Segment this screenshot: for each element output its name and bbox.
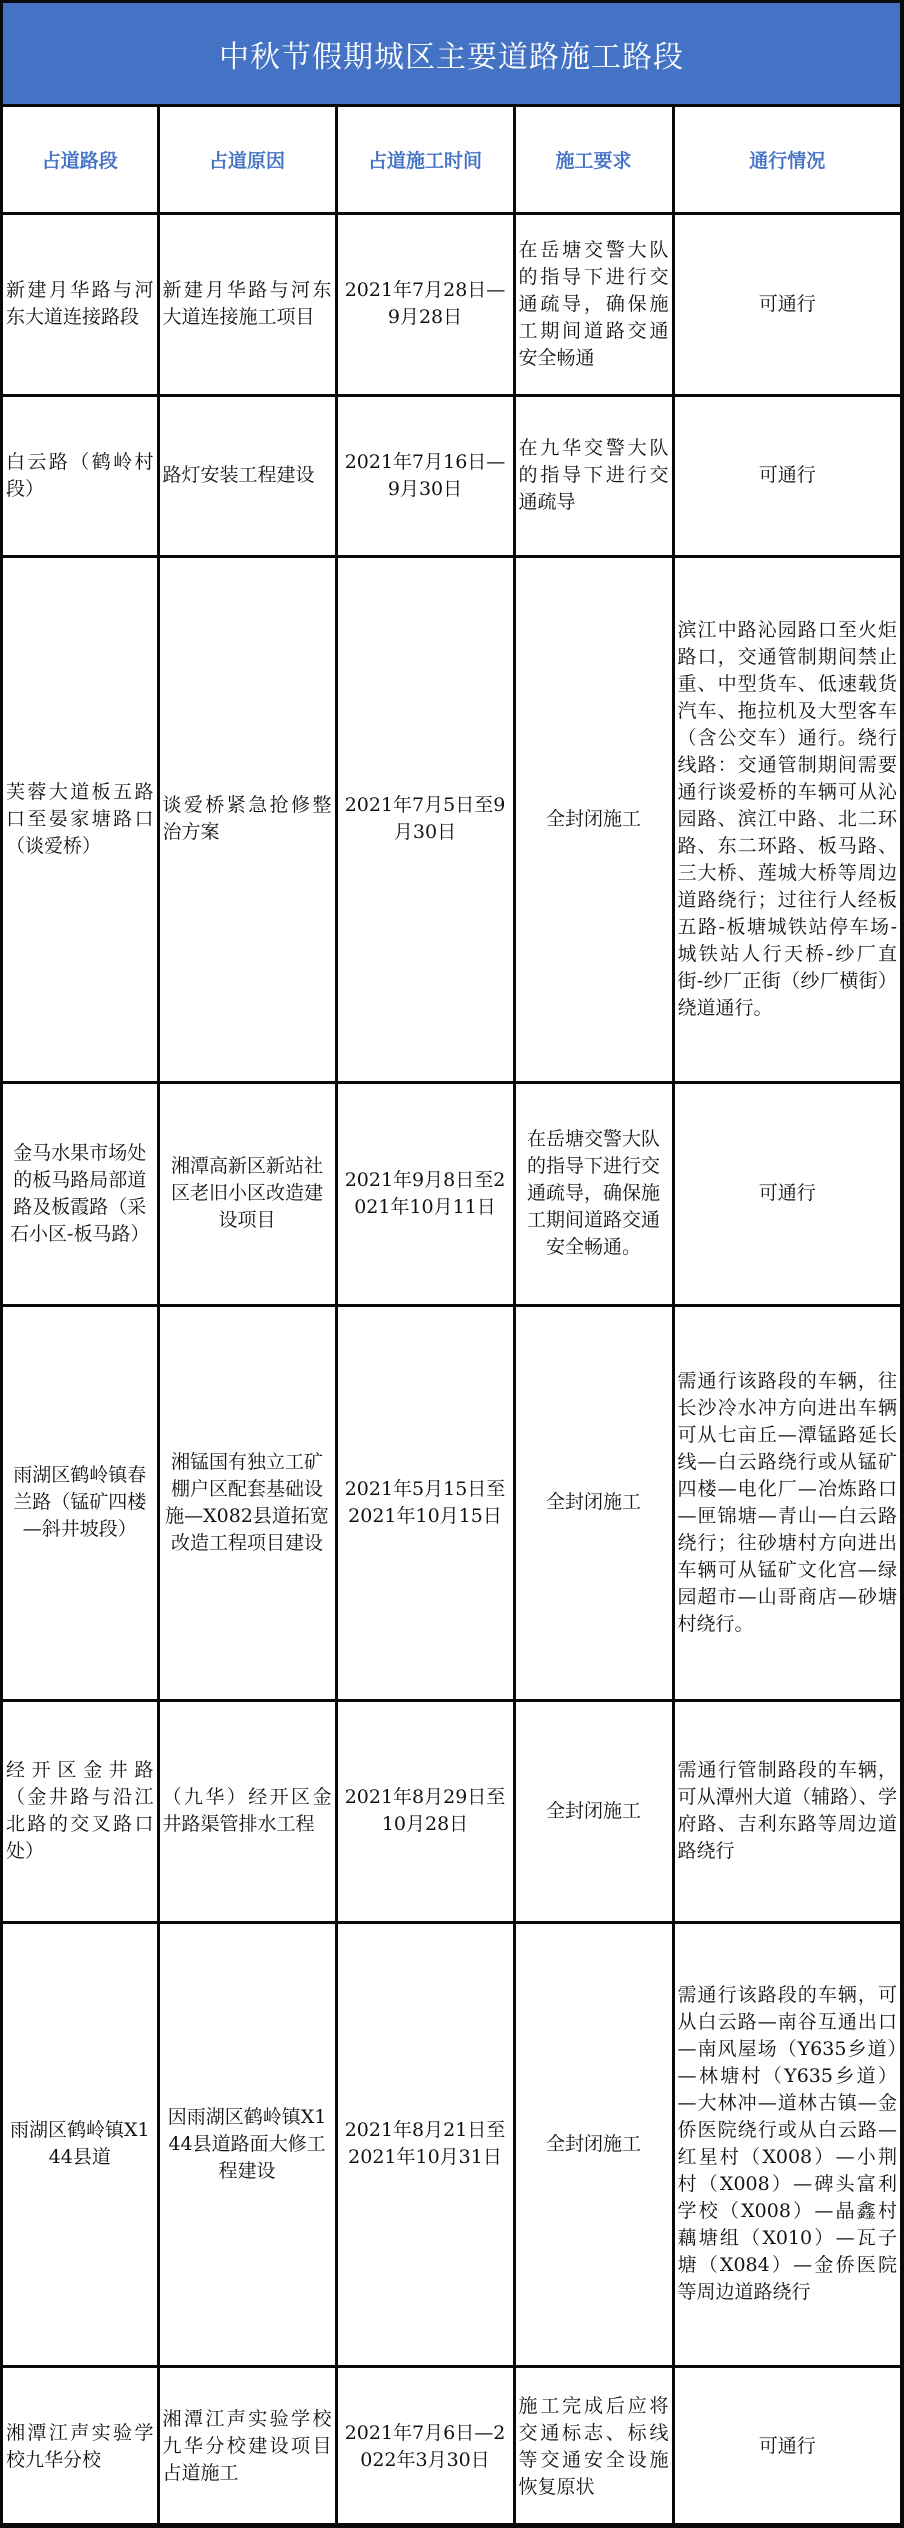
column-header-reason: 占道原因 <box>158 107 336 213</box>
cell-requirement: 全封闭施工 <box>514 556 673 1082</box>
cell-requirement: 在九华交警大队的指导下进行交通疏导 <box>514 395 673 556</box>
cell-reason: 新建月华路与河东大道连接施工项目 <box>158 213 336 395</box>
cell-road: 新建月华路与河东大道连接路段 <box>3 213 158 395</box>
cell-time: 2021年5月15日至2021年10月15日 <box>336 1305 514 1700</box>
cell-road: 湘潭江声实验学校九华分校 <box>3 2366 158 2526</box>
table-row: 湘潭江声实验学校九华分校 湘潭江声实验学校九华分校建设项目占道施工 2021年7… <box>3 2366 900 2526</box>
cell-status: 滨江中路沁园路口至火炬路口，交通管制期间禁止重、中型货车、低速载货汽车、拖拉机及… <box>673 556 900 1082</box>
cell-road: 雨湖区鹤岭镇X144县道 <box>3 1922 158 2366</box>
cell-road: 经开区金井路（金井路与沿江北路的交叉路口处） <box>3 1700 158 1922</box>
table-row: 白云路（鹤岭村段） 路灯安装工程建设 2021年7月16日—9月30日 在九华交… <box>3 395 900 556</box>
table-row: 雨湖区鹤岭镇X144县道 因雨湖区鹤岭镇X144县道路面大修工程建设 2021年… <box>3 1922 900 2366</box>
cell-reason: 湘潭江声实验学校九华分校建设项目占道施工 <box>158 2366 336 2526</box>
cell-road: 白云路（鹤岭村段） <box>3 395 158 556</box>
cell-status: 可通行 <box>673 213 900 395</box>
cell-road: 金马水果市场处的板马路局部道路及板霞路（采石小区-板马路） <box>3 1082 158 1305</box>
title-bar: 中秋节假期城区主要道路施工路段 <box>3 3 900 107</box>
cell-requirement: 在岳塘交警大队的指导下进行交通疏导，确保施工期间道路交通安全畅通 <box>514 213 673 395</box>
cell-requirement: 全封闭施工 <box>514 1922 673 2366</box>
table-row: 金马水果市场处的板马路局部道路及板霞路（采石小区-板马路） 湘潭高新区新站社区老… <box>3 1082 900 1305</box>
cell-status: 可通行 <box>673 1082 900 1305</box>
cell-status: 需通行该路段的车辆，可从白云路—南谷互通出口—南风屋场（Y635乡道）—林塘村（… <box>673 1922 900 2366</box>
construction-notice-sheet: 中秋节假期城区主要道路施工路段 占道路段 占道原因 占道施工时间 施工要求 通行… <box>0 0 904 2528</box>
cell-time: 2021年7月5日至9月30日 <box>336 556 514 1082</box>
cell-time: 2021年7月16日—9月30日 <box>336 395 514 556</box>
column-header-status: 通行情况 <box>673 107 900 213</box>
cell-reason: 湘锰国有独立工矿棚户区配套基础设施—X082县道拓宽改造工程项目建设 <box>158 1305 336 1700</box>
cell-reason: 谈爱桥紧急抢修整治方案 <box>158 556 336 1082</box>
cell-time: 2021年9月8日至2021年10月11日 <box>336 1082 514 1305</box>
column-header-road: 占道路段 <box>3 107 158 213</box>
cell-requirement: 在岳塘交警大队的指导下进行交通疏导，确保施工期间道路交通安全畅通。 <box>514 1082 673 1305</box>
cell-reason: 因雨湖区鹤岭镇X144县道路面大修工程建设 <box>158 1922 336 2366</box>
cell-status: 可通行 <box>673 2366 900 2526</box>
page-title: 中秋节假期城区主要道路施工路段 <box>219 32 684 76</box>
table-row: 新建月华路与河东大道连接路段 新建月华路与河东大道连接施工项目 2021年7月2… <box>3 213 900 395</box>
cell-requirement: 全封闭施工 <box>514 1305 673 1700</box>
header-row: 占道路段 占道原因 占道施工时间 施工要求 通行情况 <box>3 107 900 213</box>
cell-status: 可通行 <box>673 395 900 556</box>
cell-time: 2021年7月6日—2022年3月30日 <box>336 2366 514 2526</box>
table-row: 雨湖区鹤岭镇春兰路（锰矿四楼—斜井坡段） 湘锰国有独立工矿棚户区配套基础设施—X… <box>3 1305 900 1700</box>
cell-requirement: 全封闭施工 <box>514 1700 673 1922</box>
column-header-time: 占道施工时间 <box>336 107 514 213</box>
cell-status: 需通行管制路段的车辆，可从潭州大道（辅路）、学府路、吉利东路等周边道路绕行 <box>673 1700 900 1922</box>
cell-time: 2021年7月28日—9月28日 <box>336 213 514 395</box>
cell-reason: （九华）经开区金井路渠管排水工程 <box>158 1700 336 1922</box>
column-header-requirement: 施工要求 <box>514 107 673 213</box>
cell-road: 芙蓉大道板五路口至晏家塘路口（谈爱桥） <box>3 556 158 1082</box>
cell-reason: 湘潭高新区新站社区老旧小区改造建设项目 <box>158 1082 336 1305</box>
table-row: 经开区金井路（金井路与沿江北路的交叉路口处） （九华）经开区金井路渠管排水工程 … <box>3 1700 900 1922</box>
cell-requirement: 施工完成后应将交通标志、标线等交通安全设施恢复原状 <box>514 2366 673 2526</box>
road-construction-table: 占道路段 占道原因 占道施工时间 施工要求 通行情况 新建月华路与河东大道连接路… <box>3 107 900 2526</box>
cell-status: 需通行该路段的车辆，往长沙冷水冲方向进出车辆可从七亩丘—潭锰路延长线—白云路绕行… <box>673 1305 900 1700</box>
cell-reason: 路灯安装工程建设 <box>158 395 336 556</box>
cell-road: 雨湖区鹤岭镇春兰路（锰矿四楼—斜井坡段） <box>3 1305 158 1700</box>
table-row: 芙蓉大道板五路口至晏家塘路口（谈爱桥） 谈爱桥紧急抢修整治方案 2021年7月5… <box>3 556 900 1082</box>
cell-time: 2021年8月29日至10月28日 <box>336 1700 514 1922</box>
cell-time: 2021年8月21日至2021年10月31日 <box>336 1922 514 2366</box>
